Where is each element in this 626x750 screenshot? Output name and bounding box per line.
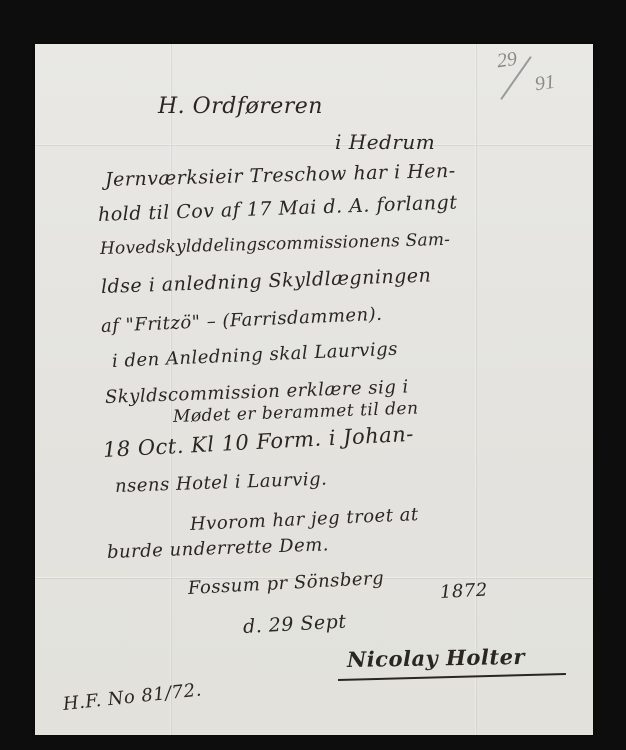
archive-number-top: 29	[495, 48, 518, 74]
fold-line-vertical-right	[475, 44, 477, 735]
body-line-5: af "Fritzö" – (Farrisdammen).	[101, 304, 383, 337]
body-line-10: nsens Hotel i Laurvig.	[115, 469, 328, 497]
body-line-12: burde underrette Dem.	[107, 534, 330, 563]
body-line-9: 18 Oct. Kl 10 Form. i Johan-	[102, 422, 414, 462]
closing-date: d. 29 Sept	[242, 611, 347, 638]
archive-number-bottom: 91	[533, 71, 556, 97]
body-line-2: hold til Cov af 17 Mai d. A. forlangt	[98, 191, 458, 226]
closing-place: Fossum pr Sönsberg	[187, 568, 384, 599]
fold-line-horizontal-top	[35, 144, 593, 146]
closing-year: 1872	[439, 580, 488, 603]
body-line-4: ldse i anledning Skyldlægningen	[101, 264, 432, 298]
body-line-11: Hvorom har jeg troet at	[190, 504, 420, 535]
body-line-3: Hovedskylddelingscommissionens Sam-	[100, 230, 451, 259]
salutation-place: i Hedrum	[335, 130, 435, 154]
letter-page: 29 91 H. Ordføreren i Hedrum Jernværksie…	[35, 44, 593, 735]
salutation-recipient: H. Ordføreren	[158, 94, 323, 119]
body-line-6: i den Anledning skal Laurvigs	[112, 339, 399, 372]
body-line-1: Jernværksieir Treschow har i Hen-	[105, 160, 456, 191]
signature-underline	[338, 673, 566, 681]
footer-reference-number: H.F. No 81/72.	[62, 679, 203, 714]
signature: Nicolay Holter	[347, 644, 525, 672]
